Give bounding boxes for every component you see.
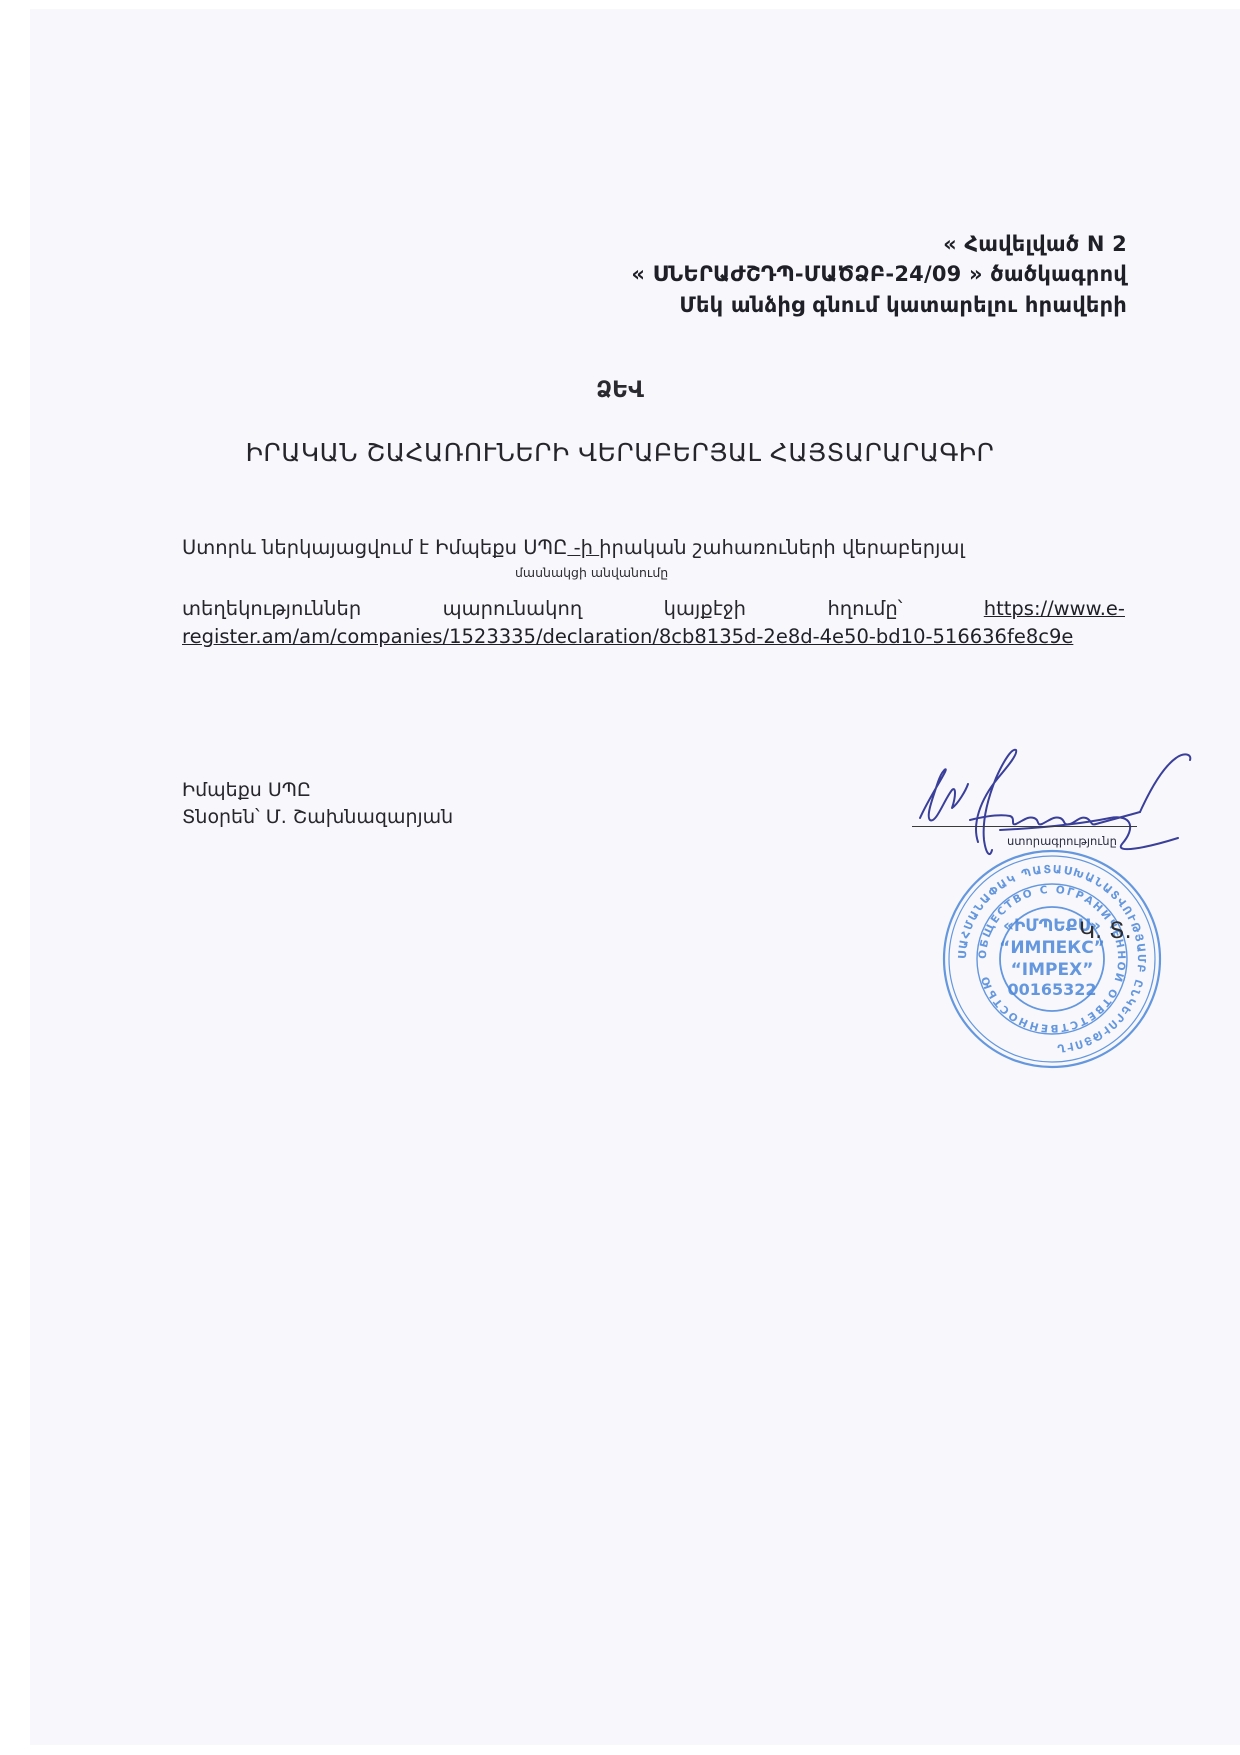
sentence-rest: իրական շահառուների վերաբերյալ [599,536,965,559]
sentence-prefix: Ստորև ներկայացվում է [182,536,435,559]
company-name: Իմպեքս ՍՊԸ [182,777,453,804]
company-stamp: ՍԱՀՄԱՆԱՓԱԿ ՊԱՏԱՍԽԱՆԱՏՎՈՒԹՅԱՄԲ ԸՆԿԵՐՈՒԹՅՈ… [930,845,1175,1075]
stamp-name-english: “IMPEX” [1011,960,1094,980]
document-title: ԻՐԱԿԱՆ ՇԱՀԱՌՈՒՆԵՐԻ ՎԵՐԱԲԵՐՅԱԼ ՀԱՅՏԱՐԱՐԱԳ… [0,438,1240,467]
participant-name: Իմպեքս ՍՊԸ [435,536,567,559]
declaration-link-start[interactable]: https://www.e- [984,597,1125,620]
info-word: հղումը՝ [827,597,902,620]
declaration-link-line: register.am/am/companies/1523335/declara… [182,625,1073,648]
info-word: պարունակող [443,597,583,620]
stamp-registration-number: 00165322 [1007,980,1096,999]
annex-number: « Հավելված N 2 [943,232,1127,256]
genitive-suffix: -ի [567,536,599,559]
procurement-code: « ՍՆԵՐԱԺՇԴՊ-ՄԱԾՁԲ-24/09 » ծածկագրով [631,262,1127,286]
seal-place-mark: Կ. Տ. [1079,919,1132,944]
invitation-reference: Մեկ անձից գնում կատարելու հրավերի [679,293,1127,317]
director-name: Տնօրեն՝ Մ. Շախնազարյան [182,804,453,831]
form-label: ՁԵՎ [0,378,1240,403]
signature-line [912,826,1137,827]
info-word: կայքէջի [664,597,746,620]
declaration-link[interactable]: register.am/am/companies/1523335/declara… [182,625,1073,648]
declaration-sentence: Ստորև ներկայացվում է Իմպեքս ՍՊԸ -ի իրակա… [182,536,965,559]
info-line: տեղեկություններ պարունակող կայքէջի հղում… [182,597,1125,620]
info-word: տեղեկություններ [182,597,361,620]
signatory-block: Իմպեքս ՍՊԸ Տնօրեն՝ Մ. Շախնազարյան [182,777,453,831]
participant-caption: մասնակցի անվանումը [515,565,668,580]
